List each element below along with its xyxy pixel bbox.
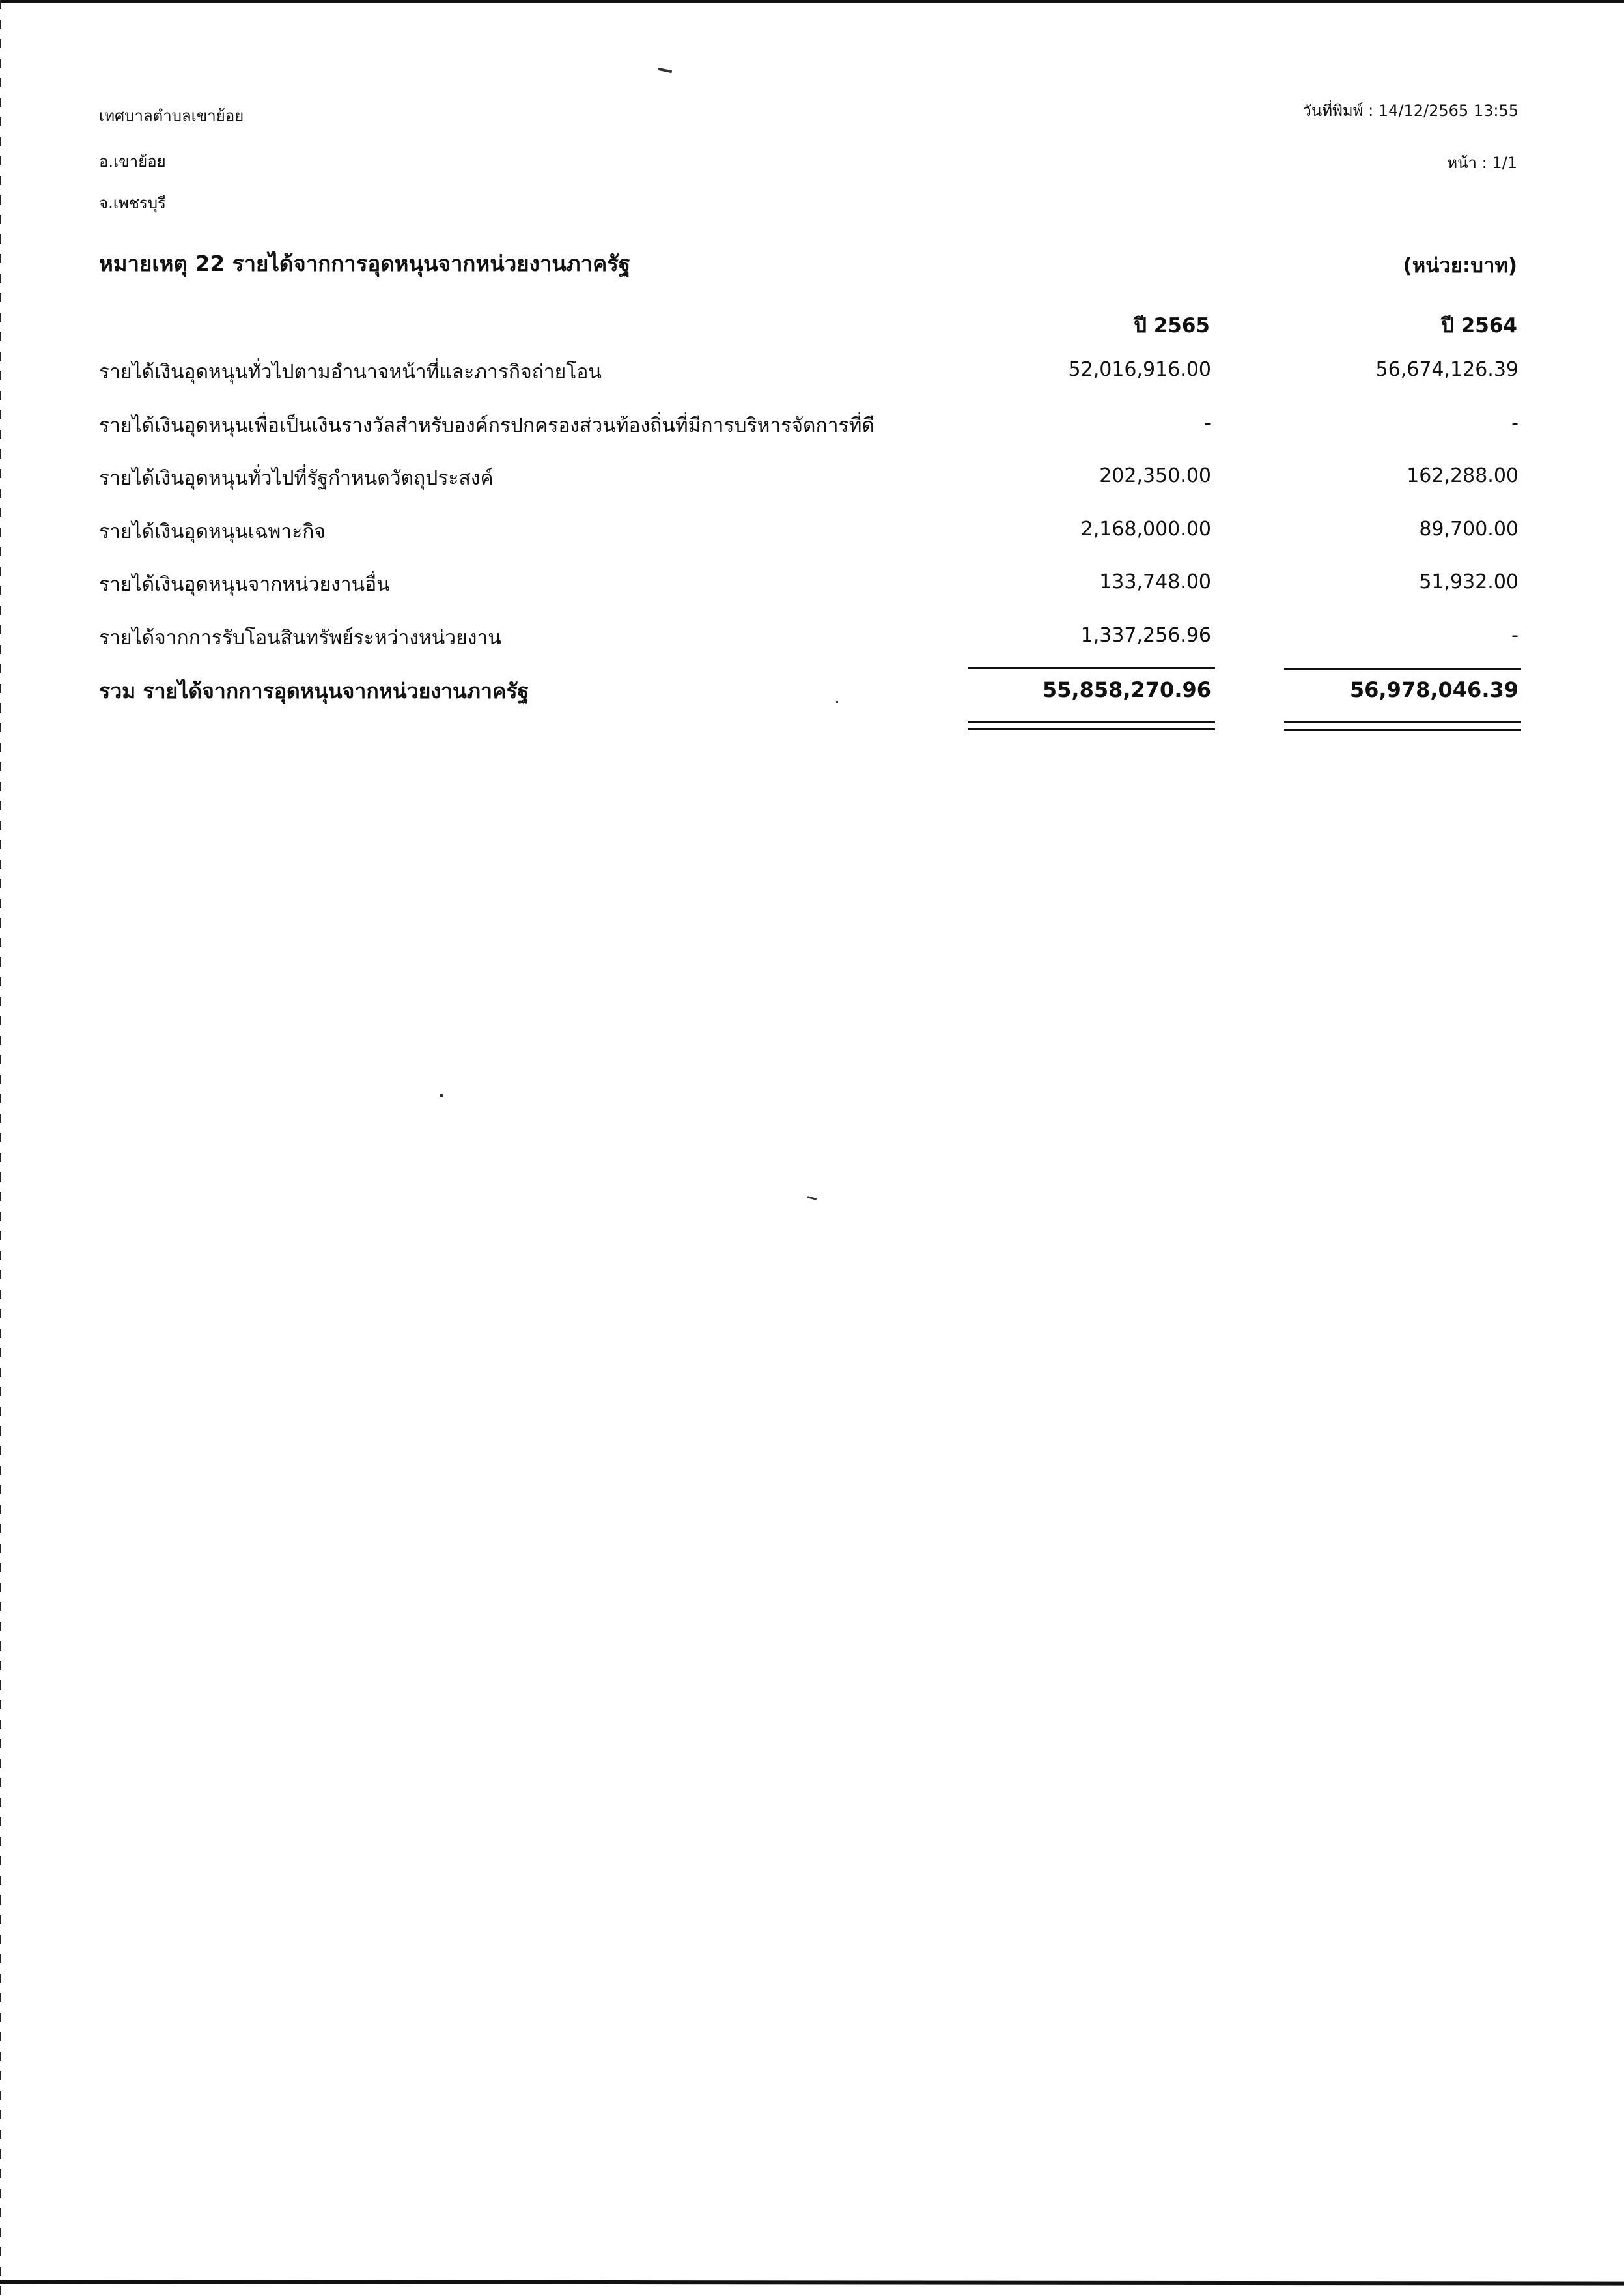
value-2565: 1,337,256.96: [1081, 624, 1211, 647]
table-row: รายได้เงินอุดหนุนทั่วไปตามอำนาจหน้าที่แล…: [99, 357, 1519, 410]
table-row: รายได้เงินอุดหนุนจากหน่วยงานอื่น 133,748…: [99, 569, 1519, 623]
row-label: รายได้จากการรับโอนสินทรัพย์ระหว่างหน่วยง…: [99, 623, 501, 653]
subtotal-rule-2565: [968, 667, 1215, 669]
note-title: หมายเหตุ 22 รายได้จากการอุดหนุนจากหน่วยง…: [99, 246, 630, 281]
province-name: จ.เพชรบุรี: [99, 190, 166, 216]
value-2565: 202,350.00: [1099, 464, 1211, 487]
total-row: รวม รายได้จากการอุดหนุนจากหน่วยงานภาครัฐ…: [99, 675, 1519, 714]
double-underline-2565: [968, 721, 1215, 723]
scan-speck: [440, 1094, 443, 1097]
value-2565: 133,748.00: [1099, 571, 1211, 593]
double-underline-2564: [1284, 721, 1521, 723]
organization-name: เทศบาลตำบลเขาย้อย: [99, 103, 244, 128]
table-row: รายได้เงินอุดหนุนทั่วไปที่รัฐกำหนดวัตถุป…: [99, 463, 1519, 517]
row-label: รายได้เงินอุดหนุนจากหน่วยงานอื่น: [99, 569, 390, 600]
double-underline-2564: [1284, 729, 1521, 731]
revenue-table: รายได้เงินอุดหนุนทั่วไปตามอำนาจหน้าที่แล…: [99, 357, 1519, 675]
value-2564: 51,932.00: [1419, 571, 1519, 593]
column-header-2565: ปี 2565: [1134, 309, 1210, 341]
value-2565: 2,168,000.00: [1081, 518, 1211, 541]
row-label: รายได้เงินอุดหนุนเฉพาะกิจ: [99, 517, 326, 547]
value-2565: -: [1204, 412, 1211, 434]
scan-speck: [807, 1196, 817, 1200]
value-2564: -: [1511, 624, 1519, 647]
value-2564: 56,674,126.39: [1376, 358, 1519, 381]
row-label: รายได้เงินอุดหนุนเพื่อเป็นเงินรางวัลสำหร…: [99, 410, 875, 441]
row-label: รายได้เงินอุดหนุนทั่วไปตามอำนาจหน้าที่แล…: [99, 357, 602, 388]
total-label: รวม รายได้จากการอุดหนุนจากหน่วยงานภาครัฐ: [99, 675, 529, 708]
scan-speck: [658, 68, 672, 73]
row-label: รายได้เงินอุดหนุนทั่วไปที่รัฐกำหนดวัตถุป…: [99, 463, 494, 494]
column-header-2564: ปี 2564: [1441, 309, 1517, 341]
value-2564: -: [1511, 412, 1519, 434]
value-2564: 89,700.00: [1419, 518, 1519, 541]
value-2564: 162,288.00: [1407, 464, 1519, 487]
table-row: รายได้เงินอุดหนุนเฉพาะกิจ 2,168,000.00 8…: [99, 517, 1519, 570]
district-name: อ.เขาย้อย: [99, 149, 166, 174]
scan-left-border: [0, 0, 1, 2296]
table-row: รายได้เงินอุดหนุนเพื่อเป็นเงินรางวัลสำหร…: [99, 410, 1519, 464]
currency-unit: (หน่วย:บาท): [1403, 249, 1517, 281]
total-2565: 55,858,270.96: [1043, 677, 1211, 702]
scan-bottom-border: [0, 2280, 1624, 2286]
total-2564: 56,978,046.39: [1350, 677, 1519, 702]
double-underline-2565: [968, 728, 1215, 730]
value-2565: 52,016,916.00: [1069, 358, 1211, 381]
page-number: หน้า : 1/1: [1447, 150, 1517, 175]
subtotal-rule-2564: [1284, 668, 1521, 670]
print-date: วันที่พิมพ์ : 14/12/2565 13:55: [1302, 98, 1519, 123]
scan-top-border: [0, 0, 1624, 3]
